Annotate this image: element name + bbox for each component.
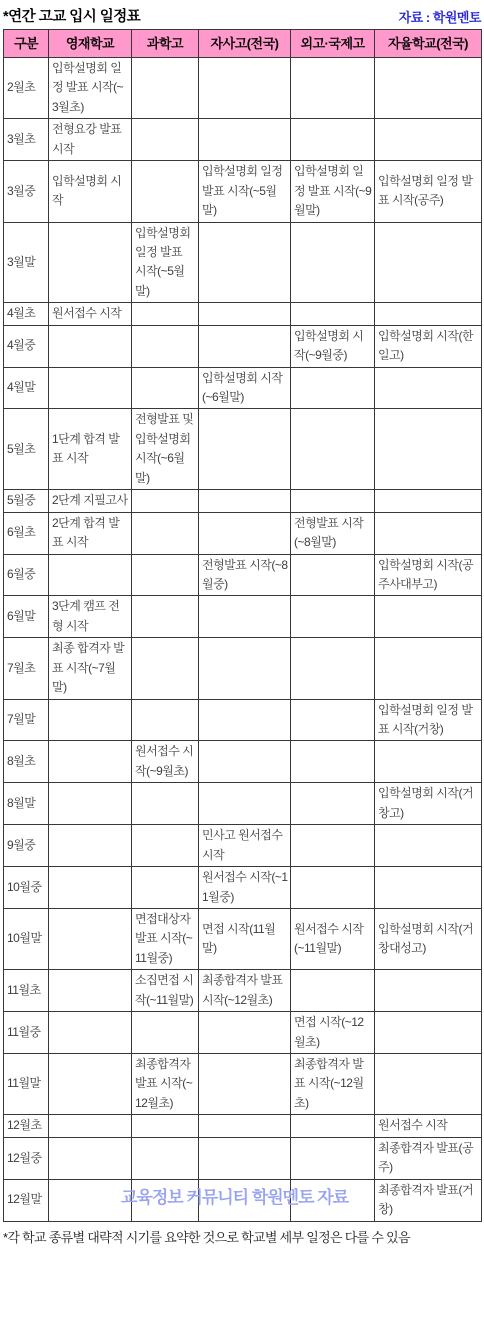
schedule-cell: 입학설명회 일정 발표 시작(공주) xyxy=(375,161,482,222)
table-row: 6월중전형발표 시작(~8월중)입학설명회 시작(공주사대부고) xyxy=(4,554,482,596)
table-row: 3월말입학설명회 일정 발표 시작(~5월말) xyxy=(4,222,482,303)
row-period-label: 3월초 xyxy=(4,119,49,161)
schedule-cell: 최종 합격자 발표 시작(~7월말) xyxy=(49,638,132,699)
row-period-label: 6월중 xyxy=(4,554,49,596)
schedule-cell xyxy=(49,367,132,409)
schedule-cell: 최종합격자 발표 시작(~12월초) xyxy=(199,970,291,1012)
row-period-label: 3월중 xyxy=(4,161,49,222)
table-row: 6월초2단계 합격 발표 시작전형발표 시작(~8월말) xyxy=(4,512,482,554)
column-header: 외고·국제고 xyxy=(291,30,375,58)
schedule-cell xyxy=(49,908,132,969)
schedule-cell: 입학설명회 일정 발표 시작(~3월초) xyxy=(49,58,132,119)
schedule-cell: 전형발표 시작(~8월중) xyxy=(199,554,291,596)
schedule-cell xyxy=(291,1115,375,1137)
row-period-label: 11월중 xyxy=(4,1012,49,1054)
schedule-cell: 2단계 지필고사 xyxy=(49,490,132,512)
schedule-cell xyxy=(375,409,482,490)
schedule-cell: 민사고 원서접수 시작 xyxy=(199,825,291,867)
schedule-cell xyxy=(199,222,291,303)
schedule-cell xyxy=(132,303,199,325)
row-period-label: 10월말 xyxy=(4,908,49,969)
schedule-cell xyxy=(291,867,375,909)
schedule-cell xyxy=(199,303,291,325)
row-period-label: 7월초 xyxy=(4,638,49,699)
table-row: 4월말입학설명회 시작(~6월말) xyxy=(4,367,482,409)
row-period-label: 9월중 xyxy=(4,825,49,867)
schedule-cell: 면접 시작(11월말) xyxy=(199,908,291,969)
schedule-cell: 입학설명회 시작(공주사대부고) xyxy=(375,554,482,596)
schedule-cell xyxy=(49,867,132,909)
schedule-cell: 원서접수 시작(~9월초) xyxy=(132,741,199,783)
table-row: 8월말입학설명회 시작(거창고) xyxy=(4,783,482,825)
schedule-cell xyxy=(132,119,199,161)
schedule-cell xyxy=(49,825,132,867)
schedule-cell xyxy=(291,699,375,741)
schedule-cell xyxy=(132,1115,199,1137)
schedule-cell xyxy=(49,554,132,596)
schedule-cell xyxy=(375,1012,482,1054)
schedule-cell: 입학설명회 일정 발표 시작(~5월말) xyxy=(132,222,199,303)
schedule-cell: 입학설명회 시작 xyxy=(49,161,132,222)
schedule-cell xyxy=(132,554,199,596)
schedule-cell xyxy=(291,741,375,783)
schedule-cell xyxy=(132,638,199,699)
schedule-cell xyxy=(132,1179,199,1221)
table-row: 12월초원서접수 시작 xyxy=(4,1115,482,1137)
schedule-cell xyxy=(132,596,199,638)
row-period-label: 10월중 xyxy=(4,867,49,909)
schedule-cell xyxy=(199,1012,291,1054)
schedule-cell xyxy=(375,1054,482,1115)
schedule-cell xyxy=(132,1012,199,1054)
schedule-cell xyxy=(375,58,482,119)
schedule-cell xyxy=(199,58,291,119)
row-period-label: 11월말 xyxy=(4,1054,49,1115)
row-period-label: 4월중 xyxy=(4,325,49,367)
schedule-cell xyxy=(291,367,375,409)
schedule-cell: 면접대상자 발표 시작(~11월중) xyxy=(132,908,199,969)
schedule-cell xyxy=(199,783,291,825)
schedule-cell xyxy=(199,638,291,699)
footnote: *각 학교 종류별 대략적 시기를 요약한 것으로 학교별 세부 일정은 다를 … xyxy=(0,1222,484,1252)
table-row: 3월중입학설명회 시작입학설명회 일정 발표 시작(~5월말)입학설명회 일정 … xyxy=(4,161,482,222)
row-period-label: 12월중 xyxy=(4,1137,49,1179)
schedule-cell xyxy=(132,867,199,909)
schedule-cell xyxy=(291,409,375,490)
schedule-cell xyxy=(291,1137,375,1179)
schedule-cell xyxy=(291,58,375,119)
schedule-cell xyxy=(291,970,375,1012)
schedule-cell: 1단계 합격 발표 시작 xyxy=(49,409,132,490)
schedule-cell xyxy=(375,970,482,1012)
schedule-cell: 전형발표 및 입학설명회 시작(~6월말) xyxy=(132,409,199,490)
table-row: 4월중입학설명회 시작(~9월중)입학설명회 시작(한일고) xyxy=(4,325,482,367)
schedule-cell: 원서접수 시작(~11월중) xyxy=(199,867,291,909)
schedule-cell xyxy=(132,783,199,825)
schedule-cell: 입학설명회 시작(~9월중) xyxy=(291,325,375,367)
table-row: 7월말입학설명회 일정 발표 시작(거창) xyxy=(4,699,482,741)
schedule-cell xyxy=(291,1179,375,1221)
schedule-cell: 입학설명회 일정 발표 시작(~5월말) xyxy=(199,161,291,222)
table-row: 12월말최종합격자 발표(거창) xyxy=(4,1179,482,1221)
schedule-cell xyxy=(132,699,199,741)
schedule-cell xyxy=(49,1115,132,1137)
schedule-cell xyxy=(49,783,132,825)
schedule-cell xyxy=(291,783,375,825)
schedule-cell: 전형요강 발표 시작 xyxy=(49,119,132,161)
schedule-cell xyxy=(291,222,375,303)
schedule-cell: 입학설명회 시작(~6월말) xyxy=(199,367,291,409)
schedule-cell: 소집면접 시작(~11월말) xyxy=(132,970,199,1012)
row-period-label: 7월말 xyxy=(4,699,49,741)
table-row: 6월말3단계 캠프 전형 시작 xyxy=(4,596,482,638)
row-period-label: 6월말 xyxy=(4,596,49,638)
page: *연간 고교 입시 일정표 자료 : 학원멘토 구분영재학교과학고자사고(전국)… xyxy=(0,0,484,1252)
schedule-cell xyxy=(132,367,199,409)
row-period-label: 8월말 xyxy=(4,783,49,825)
table-row: 11월중면접 시작(~12월초) xyxy=(4,1012,482,1054)
source-label: 자료 : 학원멘토 xyxy=(399,7,481,26)
column-header: 영재학교 xyxy=(49,30,132,58)
schedule-cell xyxy=(375,119,482,161)
column-header: 자율학교(전국) xyxy=(375,30,482,58)
schedule-cell xyxy=(375,867,482,909)
row-period-label: 11월초 xyxy=(4,970,49,1012)
table-row: 11월말최종합격자 발표 시작(~12월초)최종합격자 발표 시작(~12월초) xyxy=(4,1054,482,1115)
schedule-cell: 최종합격자 발표(공주) xyxy=(375,1137,482,1179)
schedule-cell xyxy=(291,554,375,596)
schedule-cell xyxy=(199,119,291,161)
schedule-cell xyxy=(199,325,291,367)
schedule-cell xyxy=(375,222,482,303)
schedule-cell xyxy=(291,303,375,325)
schedule-cell xyxy=(375,367,482,409)
topbar: *연간 고교 입시 일정표 자료 : 학원멘토 xyxy=(0,0,484,29)
schedule-cell xyxy=(49,222,132,303)
schedule-cell xyxy=(132,1137,199,1179)
table-row: 2월초입학설명회 일정 발표 시작(~3월초) xyxy=(4,58,482,119)
schedule-cell xyxy=(132,325,199,367)
table-row: 5월초1단계 합격 발표 시작전형발표 및 입학설명회 시작(~6월말) xyxy=(4,409,482,490)
schedule-cell xyxy=(375,825,482,867)
schedule-cell xyxy=(375,741,482,783)
schedule-cell xyxy=(291,638,375,699)
schedule-cell: 면접 시작(~12월초) xyxy=(291,1012,375,1054)
schedule-cell xyxy=(49,1179,132,1221)
schedule-cell: 최종합격자 발표 시작(~12월초) xyxy=(132,1054,199,1115)
schedule-cell: 3단계 캠프 전형 시작 xyxy=(49,596,132,638)
schedule-cell xyxy=(199,512,291,554)
table-row: 5월중2단계 지필고사 xyxy=(4,490,482,512)
schedule-cell xyxy=(375,512,482,554)
table-row: 3월초전형요강 발표 시작 xyxy=(4,119,482,161)
schedule-cell xyxy=(199,1137,291,1179)
schedule-cell: 입학설명회 시작(한일고) xyxy=(375,325,482,367)
schedule-cell: 원서접수 시작 xyxy=(49,303,132,325)
schedule-cell: 입학설명회 일정 발표 시작(~9월말) xyxy=(291,161,375,222)
schedule-cell xyxy=(49,1137,132,1179)
row-period-label: 8월초 xyxy=(4,741,49,783)
schedule-cell: 전형발표 시작(~8월말) xyxy=(291,512,375,554)
table-row: 7월초최종 합격자 발표 시작(~7월말) xyxy=(4,638,482,699)
schedule-cell xyxy=(49,1012,132,1054)
schedule-cell xyxy=(132,512,199,554)
schedule-cell xyxy=(199,699,291,741)
schedule-cell xyxy=(132,161,199,222)
row-period-label: 3월말 xyxy=(4,222,49,303)
schedule-cell xyxy=(199,1115,291,1137)
table-row: 12월중최종합격자 발표(공주) xyxy=(4,1137,482,1179)
schedule-cell xyxy=(49,741,132,783)
column-header: 구분 xyxy=(4,30,49,58)
schedule-cell xyxy=(199,741,291,783)
schedule-cell: 최종합격자 발표 시작(~12월초) xyxy=(291,1054,375,1115)
schedule-cell xyxy=(199,596,291,638)
row-period-label: 6월초 xyxy=(4,512,49,554)
schedule-cell xyxy=(375,303,482,325)
header-row: 구분영재학교과학고자사고(전국)외고·국제고자율학교(전국) xyxy=(4,30,482,58)
schedule-cell xyxy=(375,490,482,512)
schedule-cell: 입학설명회 일정 발표 시작(거창) xyxy=(375,699,482,741)
row-period-label: 12월말 xyxy=(4,1179,49,1221)
row-period-label: 4월초 xyxy=(4,303,49,325)
schedule-cell xyxy=(291,490,375,512)
schedule-cell xyxy=(375,596,482,638)
schedule-cell xyxy=(291,119,375,161)
schedule-cell xyxy=(375,638,482,699)
table-row: 9월중민사고 원서접수 시작 xyxy=(4,825,482,867)
schedule-cell xyxy=(199,490,291,512)
schedule-cell xyxy=(291,596,375,638)
column-header: 자사고(전국) xyxy=(199,30,291,58)
row-period-label: 4월말 xyxy=(4,367,49,409)
schedule-table: 구분영재학교과학고자사고(전국)외고·국제고자율학교(전국) 2월초입학설명회 … xyxy=(3,29,482,1222)
table-row: 4월초원서접수 시작 xyxy=(4,303,482,325)
schedule-table-wrapper: 구분영재학교과학고자사고(전국)외고·국제고자율학교(전국) 2월초입학설명회 … xyxy=(3,29,484,1222)
schedule-cell: 입학설명회 시작(거창고) xyxy=(375,783,482,825)
row-period-label: 5월초 xyxy=(4,409,49,490)
schedule-cell xyxy=(49,970,132,1012)
table-row: 8월초원서접수 시작(~9월초) xyxy=(4,741,482,783)
row-period-label: 5월중 xyxy=(4,490,49,512)
schedule-cell: 원서접수 시작(~11월말) xyxy=(291,908,375,969)
schedule-cell: 2단계 합격 발표 시작 xyxy=(49,512,132,554)
schedule-cell xyxy=(132,58,199,119)
schedule-cell xyxy=(49,1054,132,1115)
schedule-cell xyxy=(132,490,199,512)
row-period-label: 2월초 xyxy=(4,58,49,119)
row-period-label: 12월초 xyxy=(4,1115,49,1137)
table-row: 11월초소집면접 시작(~11월말)최종합격자 발표 시작(~12월초) xyxy=(4,970,482,1012)
table-row: 10월중원서접수 시작(~11월중) xyxy=(4,867,482,909)
column-header: 과학고 xyxy=(132,30,199,58)
table-row: 10월말면접대상자 발표 시작(~11월중)면접 시작(11월말)원서접수 시작… xyxy=(4,908,482,969)
schedule-cell xyxy=(132,825,199,867)
schedule-cell xyxy=(49,699,132,741)
page-title: *연간 고교 입시 일정표 xyxy=(3,5,140,26)
schedule-cell xyxy=(291,825,375,867)
schedule-cell: 최종합격자 발표(거창) xyxy=(375,1179,482,1221)
schedule-cell xyxy=(199,1179,291,1221)
schedule-cell xyxy=(199,1054,291,1115)
schedule-cell xyxy=(49,325,132,367)
schedule-cell: 입학설명회 시작(거창대성고) xyxy=(375,908,482,969)
schedule-cell: 원서접수 시작 xyxy=(375,1115,482,1137)
schedule-cell xyxy=(199,409,291,490)
